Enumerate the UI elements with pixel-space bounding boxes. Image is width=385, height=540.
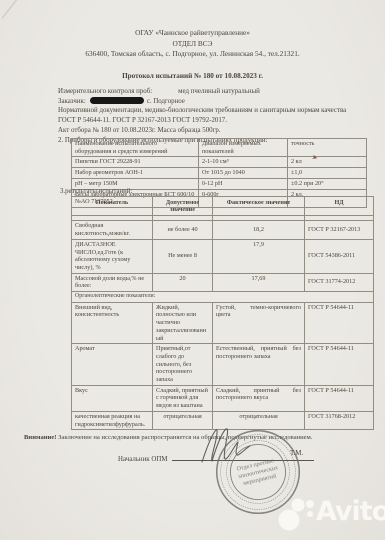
- cell-actual: 17,69: [213, 273, 305, 291]
- table-row: Свободная кислотность,мэкв/кг. не более …: [72, 221, 374, 239]
- results-header-row: Показатель Допустимое значение Фактическ…: [72, 197, 374, 216]
- avito-logo-icon: [276, 491, 318, 537]
- cell-actual: Сладкий, приятный без постороннего вкуса: [213, 385, 305, 411]
- cell-allowed: 20: [153, 273, 213, 291]
- col-header-equipment: Наименование испытательного оборудования…: [72, 139, 199, 157]
- cell-nd: ГОСТ Р 54644-11: [305, 344, 374, 386]
- table-row: Вкус Сладкий, приятный с горчинкой для м…: [72, 385, 374, 411]
- signature-title: Начальник ОПМ: [118, 456, 167, 463]
- cell-parameter: Массовой доли воды,% не более:: [72, 273, 153, 291]
- table-row: Внешний вид, консистентность Жидкий, пол…: [72, 302, 374, 344]
- cell-parameter: ДИАСТАЗНОЕ ЧИСЛО,ед.Готе (к абсолютному …: [72, 239, 153, 273]
- cell-actual: 18,2: [213, 221, 305, 239]
- col-header-accuracy: точность: [288, 139, 367, 157]
- col-header-range: Диапазон измеряемых показателей: [199, 139, 288, 157]
- organization-address: 636400, Томская область, с. Подгорное, у…: [0, 49, 385, 60]
- scanned-document-page: ОГАУ «Чаинское райветуправление» ОТДЕЛ В…: [0, 0, 385, 540]
- cell-range: От 1015 до 1040: [199, 168, 288, 179]
- cell-nd: ГОСТ 54386-2011: [305, 239, 374, 273]
- document-header: ОГАУ «Чаинское райветуправление» ОТДЕЛ В…: [0, 28, 385, 60]
- table-row: Пипетки ГОСТ 29228-91 2-1-10 см³ 2 кл: [72, 157, 367, 168]
- cell-parameter: Аромат: [72, 344, 153, 386]
- table-row: Аромат Приятный,от слабого до сильного, …: [72, 344, 374, 386]
- cell-accuracy: ±1,0: [288, 168, 367, 179]
- cell-actual: Густой, темно-коричневого цвета: [213, 302, 305, 344]
- sampling-act-line: Акт отбора № 180 от 10.08.2023г. Масса о…: [58, 126, 368, 136]
- table-row: Набор ареометров АОН-1 От 1015 до 1040 ±…: [72, 168, 367, 179]
- normative-line: Нормативной документации, медико-биологи…: [58, 106, 368, 116]
- cell-nd: ГОСТ Р 54644-11: [305, 385, 374, 411]
- results-section-heading: 3.результаты испытаний:: [60, 188, 132, 195]
- redaction-bar: [90, 97, 144, 104]
- cell-allowed: Жидкий, полностью или частично закристал…: [153, 302, 213, 344]
- customer-value: с. Подгорное: [147, 98, 185, 105]
- cell-allowed: Сладкий, приятный с горчинкой для медов …: [153, 385, 213, 411]
- table-row: Массовой доли воды,% не более: 20 17,69 …: [72, 273, 374, 291]
- sample-label: Измерительного контроля проб:: [58, 88, 152, 95]
- organization-name: ОГАУ «Чаинское райветуправление»: [0, 28, 385, 39]
- cell-allowed: не более 40: [153, 221, 213, 239]
- cell-parameter: Вкус: [72, 385, 153, 411]
- col-header-allowed: Допустимое значение: [153, 197, 213, 216]
- cell-parameter: Внешний вид, консистентность: [72, 302, 153, 344]
- protocol-title: Протокол испытаний № 180 от 10.08.2023 г…: [0, 72, 385, 80]
- cell-parameter: качественная реакция на гидроксиметилфур…: [72, 411, 153, 429]
- cell-parameter: Свободная кислотность,мэкв/кг.: [72, 221, 153, 239]
- cell-range: 2-1-10 см³: [199, 157, 288, 168]
- sample-line: Измерительного контроля проб:мед пчелины…: [58, 87, 368, 97]
- cell-accuracy: 2 кл: [288, 157, 367, 168]
- col-header-parameter: Показатель: [72, 197, 153, 216]
- col-header-nd: НД: [305, 197, 374, 216]
- col-header-actual: Фактическое значение: [213, 197, 305, 216]
- sample-value: мед пчелиный натуральный: [178, 88, 260, 95]
- cell-nd: ГОСТ 31768-2012: [305, 411, 374, 429]
- notice-label: Внимание!: [24, 434, 56, 441]
- avito-watermark: Avito: [276, 491, 382, 537]
- cell-allowed: Приятный,от слабого до сильного, без пос…: [153, 344, 213, 386]
- results-table: Показатель Допустимое значение Фактическ…: [71, 196, 374, 430]
- cell-nd: ГОСТ Р 54644-11: [305, 302, 374, 344]
- department-name: ОТДЕЛ ВСЭ: [0, 39, 385, 50]
- table-row: ДИАСТАЗНОЕ ЧИСЛО,ед.Готе (к абсолютному …: [72, 239, 374, 273]
- cell-actual: Естественный, приятный без постороннего …: [213, 344, 305, 386]
- cell-actual: 17,9: [213, 239, 305, 273]
- cell-device: Набор ареометров АОН-1: [72, 168, 199, 179]
- cell-device: Пипетки ГОСТ 29228-91: [72, 157, 199, 168]
- organoleptic-section-row: Органолептические показатели:: [72, 292, 374, 303]
- customer-line: Заказчик:с. Подгорное: [58, 97, 368, 107]
- cell-allowed: Не менее 8: [153, 239, 213, 273]
- cell-nd: ГОСТ Р 32167-2013: [305, 221, 374, 239]
- avito-watermark-text: Avito: [316, 496, 385, 527]
- cell-accuracy: ±0.2 при 20°: [288, 178, 367, 189]
- paper-crease: [2, 0, 38, 19]
- cell-range: 0-12 pH: [199, 178, 288, 189]
- intro-block: Измерительного контроля проб:мед пчелины…: [58, 87, 368, 145]
- gost-line: ГОСТ Р 54644-11. ГОСТ Р 32167-2013 ГОСТ …: [58, 116, 368, 126]
- cell-nd: ГОСТ 31774-2012: [305, 273, 374, 291]
- equipment-header-row: Наименование испытательного оборудования…: [72, 139, 367, 157]
- organoleptic-section-label: Органолептические показатели:: [72, 292, 374, 303]
- customer-label: Заказчик:: [58, 98, 86, 105]
